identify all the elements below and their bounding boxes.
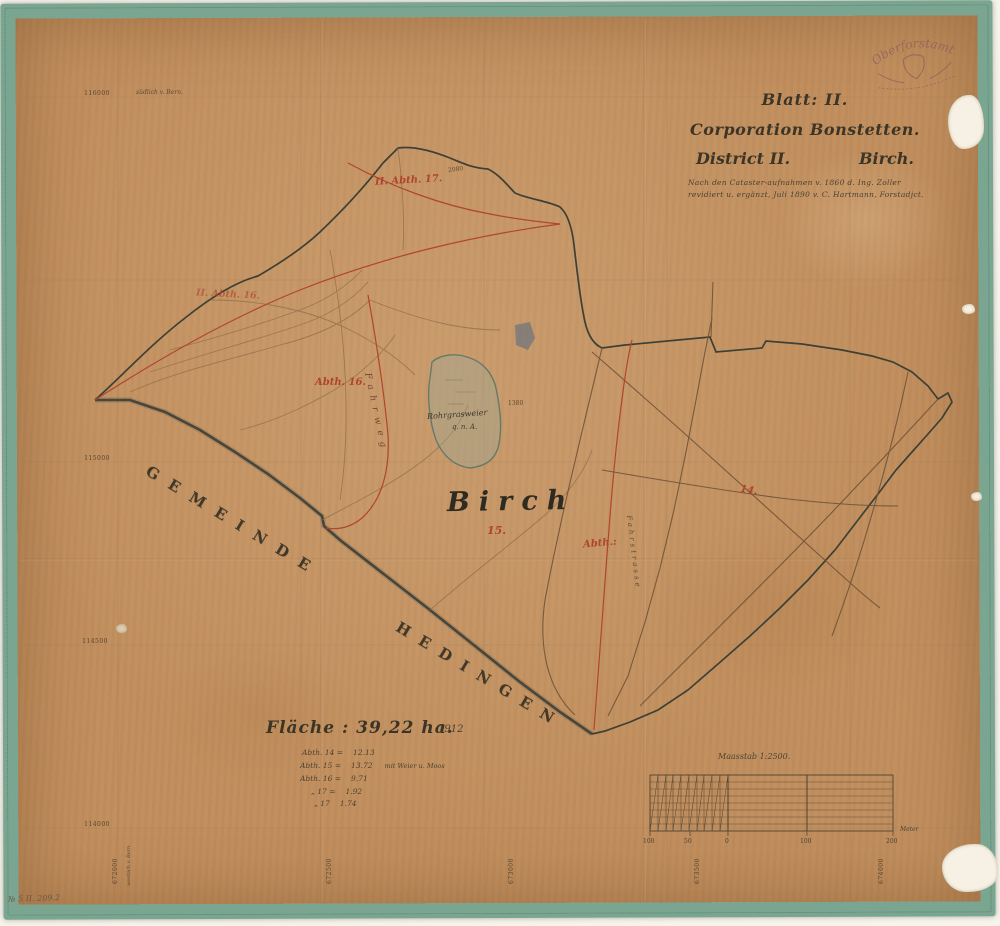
area-row-value: 1.92 (345, 787, 362, 796)
scale-tick: 200 (886, 838, 897, 845)
area-row: Abth. 15 =13.72mit Weier u. Moos (300, 761, 445, 770)
area-row: Abth. 14 =12.13 (302, 748, 387, 757)
area-row-label: Abth. 16 = (300, 774, 341, 783)
area-year: 1912 (438, 724, 463, 735)
scale-tick: 50 (684, 838, 692, 845)
pond-area-label: q. n. A. (452, 423, 477, 431)
area-row: „ 17 =1.92 (311, 787, 374, 796)
district-label: District II. (696, 149, 790, 168)
damage-chip (971, 492, 982, 501)
grid-northing: 114500 (60, 638, 108, 645)
fold-line (20, 558, 978, 561)
damage-chip (942, 844, 998, 892)
area-title: Fläche : 39,22 ha. (266, 718, 454, 738)
area-row-value: 12.13 (353, 748, 374, 757)
grid-easting: 673000 (508, 858, 515, 884)
grid-easting-note: westlich v. Bern. (126, 844, 132, 886)
area-row: Abth. 16 =9.71 (300, 774, 380, 783)
area-row-label: Abth. 15 = (300, 761, 341, 770)
archive-mark: № 5 II. 209.2 (8, 893, 60, 904)
survey-note-line1: Nach den Cataster-aufnahmen v. 1860 d. I… (688, 177, 922, 189)
area-row-label: „ 17 = (311, 787, 335, 796)
area-row-value: 1.74 (340, 799, 357, 808)
grid-easting: 672500 (326, 858, 333, 884)
grid-easting: 672000 (112, 858, 119, 884)
scale-tick: 0 (725, 838, 729, 845)
parcel-number: 1380 (508, 400, 523, 407)
scale-tick: 100 (643, 838, 654, 845)
grid-northing: 115000 (62, 455, 110, 462)
scale-caption: Maasstab 1:2500. (718, 752, 790, 761)
place-title: Birch. (859, 149, 914, 168)
title-block: Blatt: II. Corporation Bonstetten. Distr… (688, 90, 922, 201)
area-row-note: mit Weier u. Moos (385, 762, 445, 770)
grid-northing: 114000 (62, 821, 110, 828)
stamp-text: Oberforstamt (867, 30, 959, 69)
area-row-label: Abth. 14 = (302, 748, 343, 757)
owner-title: Corporation Bonstetten. (688, 120, 922, 139)
place-label-birch: Birch (447, 485, 576, 518)
grid-northing: 116000 (62, 90, 110, 97)
scale-unit: Meter (900, 826, 919, 833)
area-row-label: „ 17 (314, 799, 330, 808)
damage-chip (948, 95, 984, 149)
division-16-label: Abth. 16. (315, 377, 366, 388)
sheet-number: Blatt: II. (688, 90, 922, 109)
area-row-value: 9.71 (351, 774, 368, 783)
survey-note-line2: revidiert u. ergänzt, Juli 1890 v. C. Ha… (688, 189, 922, 201)
damage-chip (116, 624, 127, 633)
division-15-label: 15. (487, 524, 506, 537)
scale-tick: 100 (800, 838, 811, 845)
grid-easting: 674000 (878, 858, 885, 884)
area-row: „ 171.74 (314, 799, 369, 808)
fold-line (643, 20, 646, 902)
grid-northing-note: südlich v. Bern. (136, 89, 183, 96)
area-row-value: 13.72 (351, 761, 372, 770)
damage-chip (962, 304, 975, 314)
grid-easting: 673500 (694, 858, 701, 884)
